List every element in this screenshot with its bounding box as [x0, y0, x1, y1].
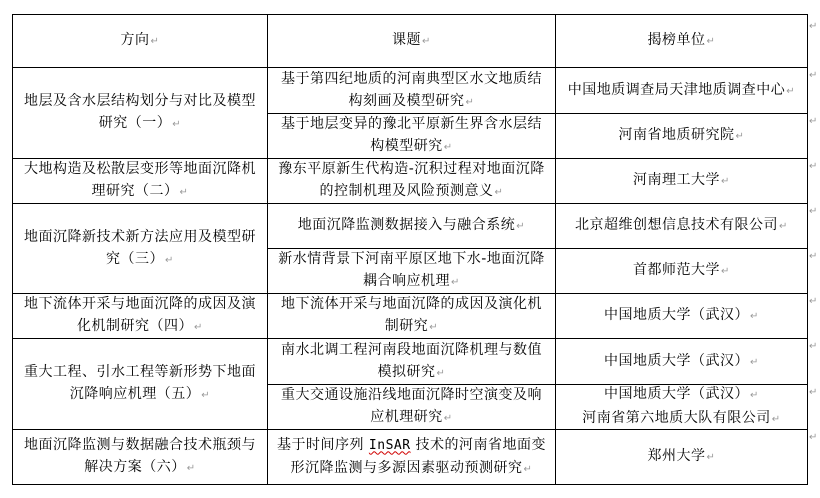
direction-cell: 地面沉降新技术新方法应用及模型研究（三）↵: [13, 204, 267, 293]
topic-cell: 豫东平原新生代构造-沉积过程对地面沉降的控制机理及风险预测意义↵: [268, 159, 555, 203]
table-border-bottom: [12, 484, 808, 485]
paragraph-mark-icon: ↵: [750, 390, 759, 401]
topic-cell: 基于第四纪地质的河南典型区水文地质结构刻画及模型研究↵: [268, 68, 555, 113]
paragraph-mark-icon: ↵: [772, 414, 781, 425]
unit-cell: 首都师范大学↵: [556, 249, 807, 293]
row-end-mark-icon: ↵: [809, 342, 817, 352]
paragraph-mark-icon: ↵: [187, 463, 196, 474]
row-end-mark-icon: ↵: [809, 252, 817, 262]
unit-cell: 郑州大学↵: [556, 430, 807, 484]
unit-cell: 中国地质调查局天津地质调查中心↵: [556, 68, 807, 113]
topic-cell: 新水情背景下河南平原区地下水-地面沉降耦合响应机理↵: [268, 249, 555, 293]
paragraph-mark-icon: ↵: [721, 266, 730, 277]
paragraph-mark-icon: ↵: [516, 221, 525, 232]
topic-cell: 重大交通设施沿线地面沉降时空演变及响应机理研究↵: [268, 385, 555, 429]
paragraph-mark-icon: ↵: [201, 390, 210, 401]
row-end-mark-icon: ↵: [809, 117, 817, 127]
topic-cell: 地面沉降监测数据接入与融合系统↵: [268, 204, 555, 248]
row-end-mark-icon: ↵: [809, 71, 817, 81]
paragraph-mark-icon: ↵: [786, 86, 795, 97]
direction-cell: 地下流体开采与地面沉降的成因及演化机制研究（四）↵: [13, 294, 267, 338]
direction-cell: 地面沉降监测与数据融合技术瓶颈与解决方案（六）↵: [13, 430, 267, 484]
paragraph-mark-icon: ↵: [466, 97, 475, 108]
unit-cell: 北京超维创想信息技术有限公司↵: [556, 204, 807, 248]
paragraph-mark-icon: ↵: [429, 322, 438, 333]
table-border-right: [807, 14, 808, 485]
row-end-mark-icon: ↵: [809, 433, 817, 443]
paragraph-mark-icon: ↵: [495, 187, 504, 198]
topic-cell: 基于地层变异的豫北平原新生界含水层结构模型研究↵: [268, 114, 555, 158]
paragraph-mark-icon: ↵: [172, 119, 181, 130]
paragraph-mark-icon: ↵: [165, 255, 174, 266]
paragraph-mark-icon: ↵: [750, 311, 759, 322]
paragraph-mark-icon: ↵: [180, 187, 189, 198]
unit-cell: 中国地质大学（武汉）↵ 河南省第六地质大队有限公司↵: [556, 385, 807, 429]
paragraph-mark-icon: ↵: [422, 36, 431, 47]
direction-cell: 地层及含水层结构划分与对比及模型研究（一）↵: [13, 68, 267, 158]
paragraph-mark-icon: ↵: [707, 452, 716, 463]
paragraph-mark-icon: ↵: [194, 322, 203, 333]
unit-cell: 中国地质大学（武汉）↵: [556, 294, 807, 338]
row-end-mark-icon: ↵: [809, 22, 817, 32]
paragraph-mark-icon: ↵: [721, 176, 730, 187]
spellcheck-flagged-term[interactable]: InSAR: [369, 438, 411, 453]
paragraph-mark-icon: ↵: [750, 357, 759, 368]
row-end-mark-icon: ↵: [809, 207, 817, 217]
direction-cell: 重大工程、引水工程等新形势下地面沉降响应机理（五）↵: [13, 339, 267, 429]
paragraph-mark-icon: ↵: [451, 277, 460, 288]
header-unit: 揭榜单位↵: [556, 15, 807, 67]
paragraph-mark-icon: ↵: [444, 142, 453, 153]
topic-cell: 地下流体开采与地面沉降的成因及演化机制研究↵: [268, 294, 555, 338]
document-page: 方向↵ 课题↵ 揭榜单位↵ 地层及含水层结构划分与对比及模型研究（一）↵ 基于第…: [0, 0, 820, 498]
paragraph-mark-icon: ↵: [779, 221, 788, 232]
row-end-mark-icon: ↵: [809, 162, 817, 172]
row-end-mark-icon: ↵: [809, 297, 817, 307]
paragraph-mark-icon: ↵: [151, 36, 160, 47]
unit-cell: 中国地质大学（武汉）↵: [556, 339, 807, 384]
row-end-mark-icon: ↵: [809, 388, 817, 398]
paragraph-mark-icon: ↵: [736, 131, 745, 142]
paragraph-mark-icon: ↵: [524, 464, 533, 475]
paragraph-mark-icon: ↵: [444, 413, 453, 424]
unit-cell: 河南省地质研究院↵: [556, 114, 807, 158]
paragraph-mark-icon: ↵: [707, 36, 716, 47]
header-topic: 课题↵: [268, 15, 555, 67]
direction-cell: 大地构造及松散层变形等地面沉降机理研究（二）↵: [13, 159, 267, 203]
topic-cell: 基于时间序列 InSAR 技术的河南省地面变形沉降监测与多源因素驱动预测研究↵: [268, 430, 555, 484]
unit-cell: 河南理工大学↵: [556, 159, 807, 203]
header-direction: 方向↵: [13, 15, 267, 67]
paragraph-mark-icon: ↵: [437, 368, 446, 379]
topic-cell: 南水北调工程河南段地面沉降机理与数值模拟研究↵: [268, 339, 555, 384]
